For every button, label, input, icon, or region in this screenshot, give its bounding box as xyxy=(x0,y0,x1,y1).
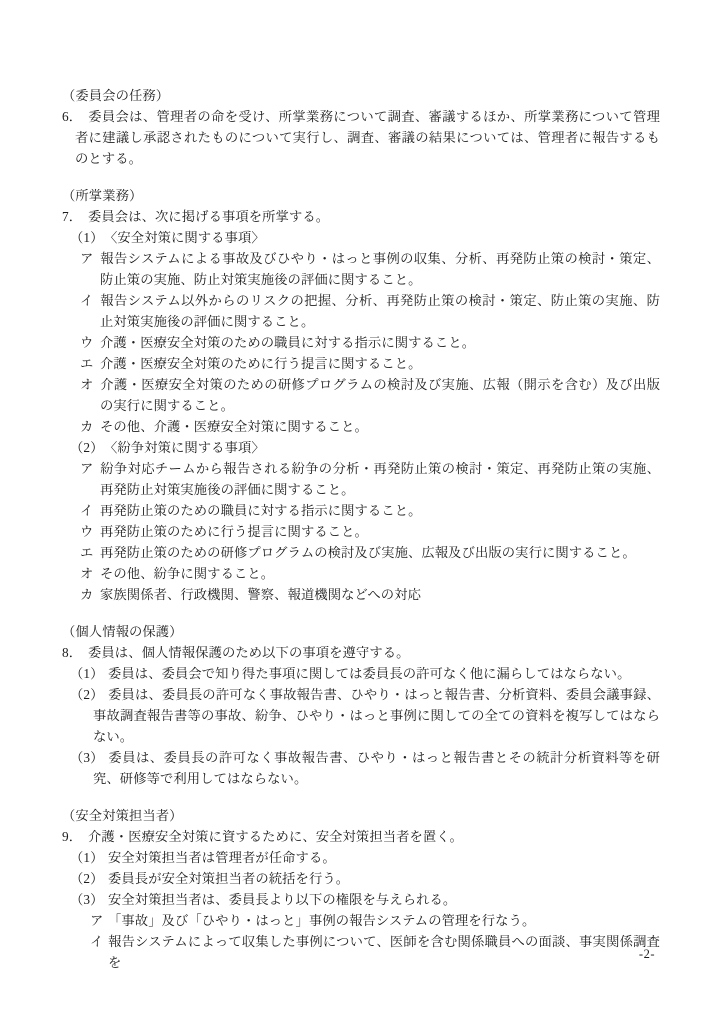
item-label: （3） xyxy=(70,747,108,768)
doc-line: （2）委員長が安全対策担当者の統括を行う。 xyxy=(62,868,660,889)
doc-line: ア紛争対応チームから報告される紛争の分析・再発防止策の検討・策定、再発防止策の実… xyxy=(62,458,660,500)
doc-line: （3）委員は、委員長の許可なく事故報告書、ひやり・はっと報告書とその統計分析資料… xyxy=(62,747,660,789)
line-text: 委員は、個人情報保護のため以下の事項を遵守する。 xyxy=(88,645,410,660)
item-label: （1） xyxy=(70,227,104,248)
section-heading: （安全対策担当者） xyxy=(62,805,660,826)
item-label: イ xyxy=(80,500,100,521)
item-label: オ xyxy=(80,374,100,395)
doc-line: （1）安全対策担当者は管理者が任命する。 xyxy=(62,847,660,868)
doc-line: 9．介護・医療安全対策に資するために、安全対策担当者を置く。 xyxy=(62,826,660,847)
line-text: 〈安全対策に関する事項〉 xyxy=(104,230,265,245)
doc-line: ウ再発防止策のために行う提言に関すること。 xyxy=(62,521,660,542)
section-gap xyxy=(62,169,660,185)
line-text: 家族関係者、行政機関、警察、報道機関などへの対応 xyxy=(100,587,421,602)
item-label: イ xyxy=(80,290,100,311)
doc-line: ウ介護・医療安全対策のための職員に対する指示に関すること。 xyxy=(62,332,660,353)
line-text: 介護・医療安全対策のための職員に対する指示に関すること。 xyxy=(100,335,475,350)
line-text: 介護・医療安全対策のために行う提言に関すること。 xyxy=(100,356,422,371)
doc-line: ア「事故」及び「ひやり・はっと」事例の報告システムの管理を行なう。 xyxy=(62,910,660,931)
doc-line: エ再発防止策のための研修プログラムの検討及び実施、広報及び出版の実行に関すること… xyxy=(62,542,660,563)
item-label: ア xyxy=(90,910,108,931)
item-label: （1） xyxy=(70,663,108,684)
doc-line: 6．委員会は、管理者の命を受け、所掌業務について調査、審議するほか、所掌業務につ… xyxy=(62,106,660,169)
line-text: 委員は、委員会で知り得た事項に関しては委員長の許可なく他に漏らしてはならない。 xyxy=(108,666,630,681)
line-text: 委員長が安全対策担当者の統括を行う。 xyxy=(108,871,349,886)
section-heading: （個人情報の保護） xyxy=(62,621,660,642)
doc-line: カ家族関係者、行政機関、警察、報道機関などへの対応 xyxy=(62,584,660,605)
line-text: 委員会は、管理者の命を受け、所掌業務について調査、審議するほか、所掌業務について… xyxy=(75,109,660,166)
doc-line: （1）〈安全対策に関する事項〉 xyxy=(62,227,660,248)
doc-line: カその他、介護・医療安全対策に関すること。 xyxy=(62,416,660,437)
line-text: その他、紛争に関すること。 xyxy=(100,566,274,581)
doc-line: オその他、紛争に関すること。 xyxy=(62,563,660,584)
item-label: ア xyxy=(80,248,100,269)
line-text: 委員は、委員長の許可なく事故報告書、ひやり・はっと報告書とその統計分析資料等を研… xyxy=(93,750,660,786)
heading-text: （所掌業務） xyxy=(62,188,142,203)
line-text: 委員会は、次に掲げる事項を所掌する。 xyxy=(88,209,329,224)
item-label: ウ xyxy=(80,521,100,542)
line-text: 〈紛争対策に関する事項〉 xyxy=(104,440,265,455)
item-label: （3） xyxy=(70,889,108,910)
section-heading: （所掌業務） xyxy=(62,185,660,206)
line-text: 紛争対応チームから報告される紛争の分析・再発防止策の検討・策定、再発防止策の実施… xyxy=(100,461,660,497)
section-gap xyxy=(62,789,660,805)
doc-line: 7．委員会は、次に掲げる事項を所掌する。 xyxy=(62,206,660,227)
doc-line: （1）委員は、委員会で知り得た事項に関しては委員長の許可なく他に漏らしてはならな… xyxy=(62,663,660,684)
section-gap xyxy=(62,605,660,621)
doc-line: ア報告システムによる事故及びひやり・はっと事例の収集、分析、再発防止策の検討・策… xyxy=(62,248,660,290)
item-label: （2） xyxy=(70,437,104,458)
line-text: 再発防止策のための職員に対する指示に関すること。 xyxy=(100,503,422,518)
line-text: 再発防止策のために行う提言に関すること。 xyxy=(100,524,368,539)
doc-line: エ介護・医療安全対策のために行う提言に関すること。 xyxy=(62,353,660,374)
heading-text: （安全対策担当者） xyxy=(62,808,183,823)
doc-line: イ報告システム以外からのリスクの把握、分析、再発防止策の検討・策定、防止策の実施… xyxy=(62,290,660,332)
item-label: （2） xyxy=(70,684,108,705)
line-text: 安全対策担当者は管理者が任命する。 xyxy=(108,850,336,865)
item-label: カ xyxy=(80,584,100,605)
item-label: エ xyxy=(80,542,100,563)
doc-line: イ再発防止策のための職員に対する指示に関すること。 xyxy=(62,500,660,521)
doc-line: オ介護・医療安全対策のための研修プログラムの検討及び実施、広報（開示を含む）及び… xyxy=(62,374,660,416)
item-label: 8． xyxy=(62,642,88,663)
line-text: 報告システムによって収集した事例について、医師を含む関係職員への面談、事実関係調… xyxy=(108,934,660,970)
item-label: エ xyxy=(80,353,100,374)
page-number: -2- xyxy=(639,944,655,965)
doc-line: （2）〈紛争対策に関する事項〉 xyxy=(62,437,660,458)
doc-line: イ報告システムによって収集した事例について、医師を含む関係職員への面談、事実関係… xyxy=(62,931,660,973)
line-text: 再発防止策のための研修プログラムの検討及び実施、広報及び出版の実行に関すること。 xyxy=(100,545,636,560)
doc-line: 8．委員は、個人情報保護のため以下の事項を遵守する。 xyxy=(62,642,660,663)
heading-text: （個人情報の保護） xyxy=(62,624,183,639)
item-label: イ xyxy=(90,931,108,952)
item-label: オ xyxy=(80,563,100,584)
item-label: ウ xyxy=(80,332,100,353)
section-heading: （委員会の任務） xyxy=(62,85,660,106)
doc-line: （2）委員は、委員長の許可なく事故報告書、ひやり・はっと報告書、分析資料、委員会… xyxy=(62,684,660,747)
line-text: その他、介護・医療安全対策に関すること。 xyxy=(100,419,368,434)
line-text: 安全対策担当者は、委員長より以下の権限を与えられる。 xyxy=(108,892,456,907)
document-body: （委員会の任務）6．委員会は、管理者の命を受け、所掌業務について調査、審議するほ… xyxy=(62,85,660,973)
item-label: カ xyxy=(80,416,100,437)
item-label: （1） xyxy=(70,847,108,868)
item-label: 7． xyxy=(62,206,88,227)
item-label: 9． xyxy=(62,826,88,847)
line-text: 報告システム以外からのリスクの把握、分析、再発防止策の検討・策定、防止策の実施、… xyxy=(100,293,660,329)
item-label: （2） xyxy=(70,868,108,889)
item-label: ア xyxy=(80,458,100,479)
document-page: （委員会の任務）6．委員会は、管理者の命を受け、所掌業務について調査、審議するほ… xyxy=(0,0,724,1024)
doc-line: （3）安全対策担当者は、委員長より以下の権限を与えられる。 xyxy=(62,889,660,910)
heading-text: （委員会の任務） xyxy=(62,88,169,103)
line-text: 介護・医療安全対策に資するために、安全対策担当者を置く。 xyxy=(88,829,463,844)
line-text: 委員は、委員長の許可なく事故報告書、ひやり・はっと報告書、分析資料、委員会議事録… xyxy=(93,687,660,744)
line-text: 報告システムによる事故及びひやり・はっと事例の収集、分析、再発防止策の検討・策定… xyxy=(100,251,660,287)
line-text: 「事故」及び「ひやり・はっと」事例の報告システムの管理を行なう。 xyxy=(108,913,535,928)
item-label: 6． xyxy=(62,106,88,127)
line-text: 介護・医療安全対策のための研修プログラムの検討及び実施、広報（開示を含む）及び出… xyxy=(100,377,660,413)
